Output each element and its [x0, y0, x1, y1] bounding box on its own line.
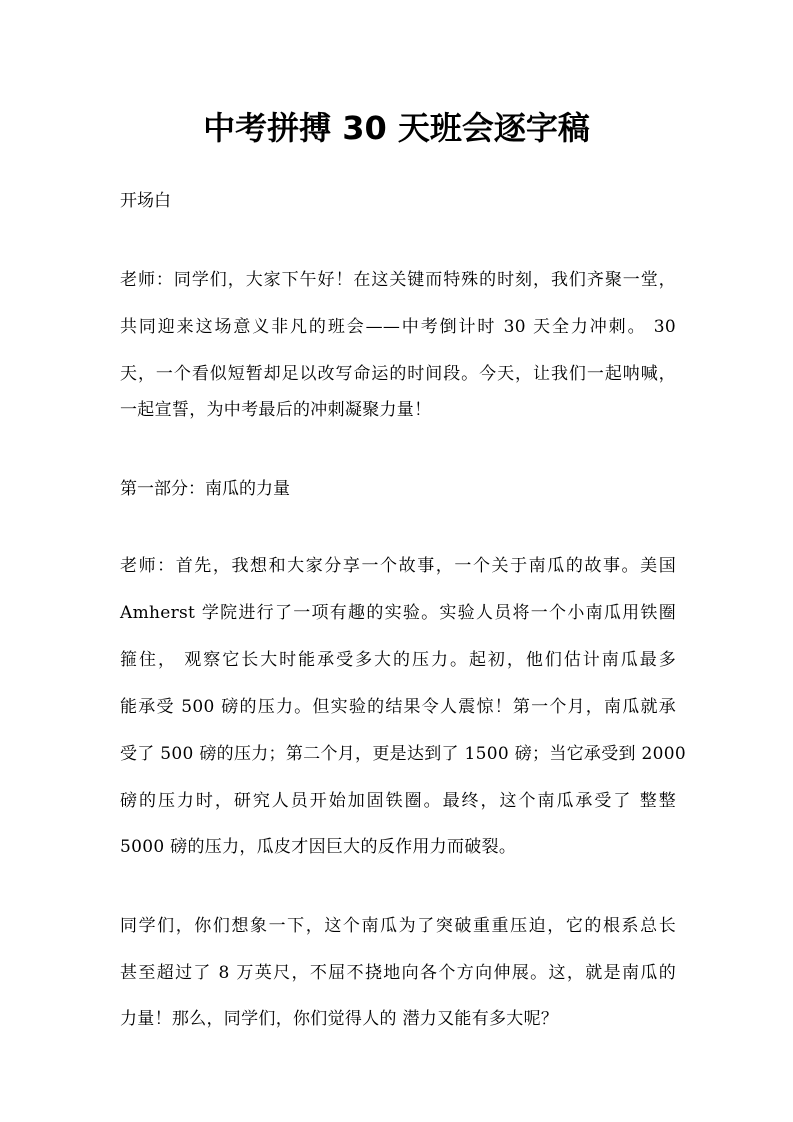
paragraph-line: 受了 500 磅的压力；第二个月，更是达到了 1500 磅；当它承受到 2000 [120, 742, 676, 766]
paragraph-line: 同学们，你们想象一下，这个南瓜为了突破重重压迫，它的根系总长 [120, 914, 676, 938]
paragraph-line: 5000 磅的压力，瓜皮才因巨大的反作用力而破裂。 [120, 835, 676, 859]
paragraph-line: 共同迎来这场意义非凡的班会——中考倒计时 30 天全力冲刺。 30 [120, 315, 676, 339]
paragraph-line: 甚至超过了 8 万英尺，不屈不挠地向各个方向伸展。这，就是南瓜的 [120, 961, 676, 985]
document-title: 中考拼搏 30 天班会逐字稿 [0, 106, 793, 150]
paragraph-line: 磅的压力时，研究人员开始加固铁圈。最终，这个南瓜承受了 整整 [120, 789, 676, 813]
paragraph-line: 老师：首先，我想和大家分享一个故事，一个关于南瓜的故事。美国 [120, 554, 676, 578]
paragraph-line: 力量！那么，同学们，你们觉得人的 潜力又能有多大呢？ [120, 1007, 676, 1031]
paragraph-line: 一起宣誓，为中考最后的冲刺凝聚力量！ [120, 398, 676, 422]
paragraph-line: 箍住， 观察它长大时能承受多大的压力。起初，他们估计南瓜最多 [120, 648, 676, 672]
paragraph-line: 能承受 500 磅的压力。但实验的结果令人震惊！第一个月，南瓜就承 [120, 695, 676, 719]
document-page: 中考拼搏 30 天班会逐字稿 开场白 老师：同学们，大家下午好！在这关键而特殊的… [0, 0, 793, 1122]
paragraph-line: 天，一个看似短暂却足以改写命运的时间段。今天，让我们一起呐喊， [120, 362, 676, 386]
paragraph-line: Amherst 学院进行了一项有趣的实验。实验人员将一个小南瓜用铁圈 [120, 601, 676, 625]
section-heading-pumpkin: 第一部分：南瓜的力量 [120, 477, 290, 501]
section-heading-opening: 开场白 [120, 189, 171, 213]
paragraph-line: 老师：同学们，大家下午好！在这关键而特殊的时刻，我们齐聚一堂， [120, 268, 676, 292]
